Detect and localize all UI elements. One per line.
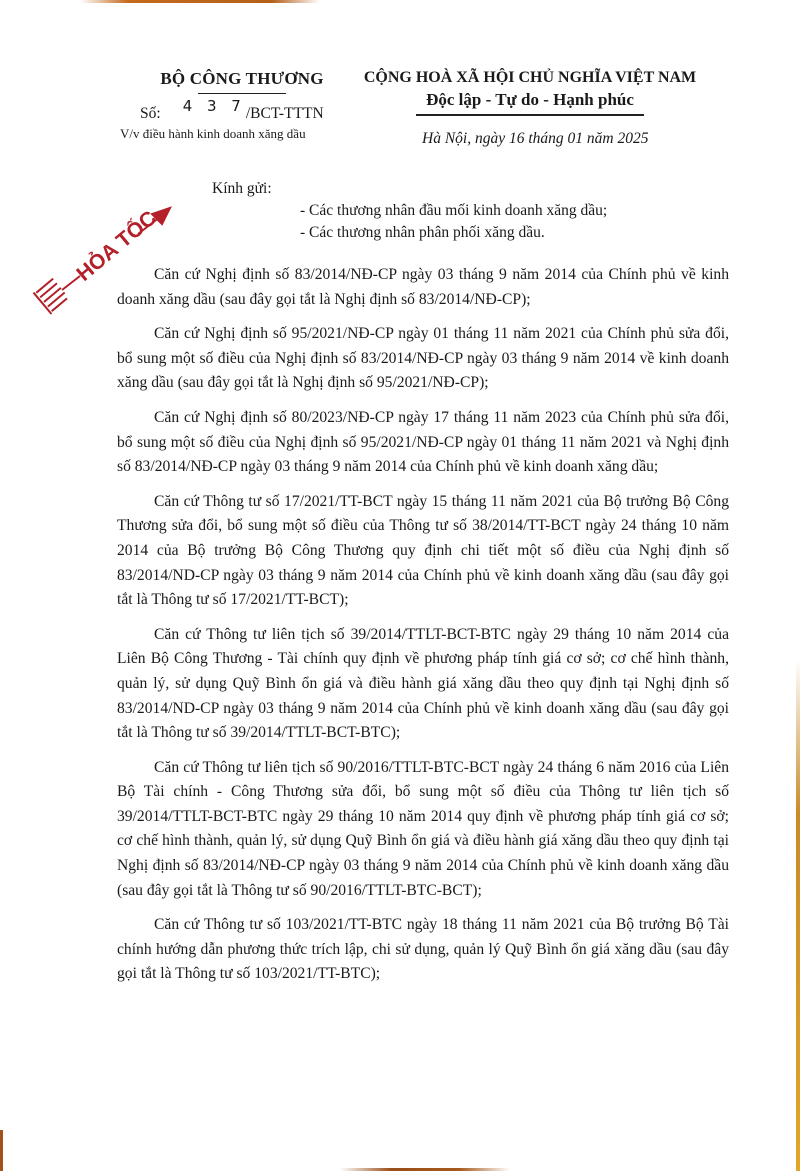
- issuing-agency: BỘ CÔNG THƯƠNG: [112, 69, 372, 89]
- legal-basis-paragraph: Căn cứ Thông tư liên tịch số 39/2014/TTL…: [117, 623, 729, 746]
- document-number-suffix: /BCT-TTTN: [246, 105, 324, 122]
- legal-basis-paragraph: Căn cứ Nghị định số 83/2014/NĐ-CP ngày 0…: [117, 263, 729, 312]
- issuing-agency-block: BỘ CÔNG THƯƠNG: [112, 66, 372, 94]
- document-subject: V/v điều hành kinh doanh xăng dầu: [120, 126, 306, 142]
- motto-underline: [416, 114, 644, 116]
- national-title: CỘNG HOÀ XÃ HỘI CHỦ NGHĨA VIỆT NAM: [360, 69, 700, 87]
- legal-basis-paragraph: Căn cứ Nghị định số 95/2021/NĐ-CP ngày 0…: [117, 322, 729, 396]
- recipient-item: - Các thương nhân phân phối xăng dầu.: [300, 224, 545, 242]
- recipients-greeting: Kính gửi:: [212, 180, 272, 198]
- document-body: Căn cứ Nghị định số 83/2014/NĐ-CP ngày 0…: [117, 263, 729, 997]
- place-date: Hà Nội, ngày 16 tháng 01 năm 2025: [422, 130, 648, 148]
- document-number-value: 4 3 7: [183, 97, 246, 115]
- agency-underline: [198, 93, 286, 94]
- scan-edge-right: [796, 660, 800, 1171]
- national-title-block: CỘNG HOÀ XÃ HỘI CHỦ NGHĨA VIỆT NAM Độc l…: [360, 66, 700, 116]
- legal-basis-paragraph: Căn cứ Nghị định số 80/2023/NĐ-CP ngày 1…: [117, 406, 729, 480]
- legal-basis-paragraph: Căn cứ Thông tư số 17/2021/TT-BCT ngày 1…: [117, 490, 729, 613]
- legal-basis-paragraph: Căn cứ Thông tư số 103/2021/TT-BTC ngày …: [117, 913, 729, 987]
- national-motto: Độc lập - Tự do - Hạnh phúc: [360, 90, 700, 110]
- legal-basis-paragraph: Căn cứ Thông tư liên tịch số 90/2016/TTL…: [117, 756, 729, 904]
- document-number: Số:4 3 7/BCT-TTTN: [140, 104, 324, 123]
- document-number-label: Số:: [140, 105, 161, 122]
- scan-edge-left: [0, 1130, 3, 1171]
- scan-edge-top: [80, 0, 320, 3]
- recipient-item: - Các thương nhân đầu mối kinh doanh xăn…: [300, 202, 607, 220]
